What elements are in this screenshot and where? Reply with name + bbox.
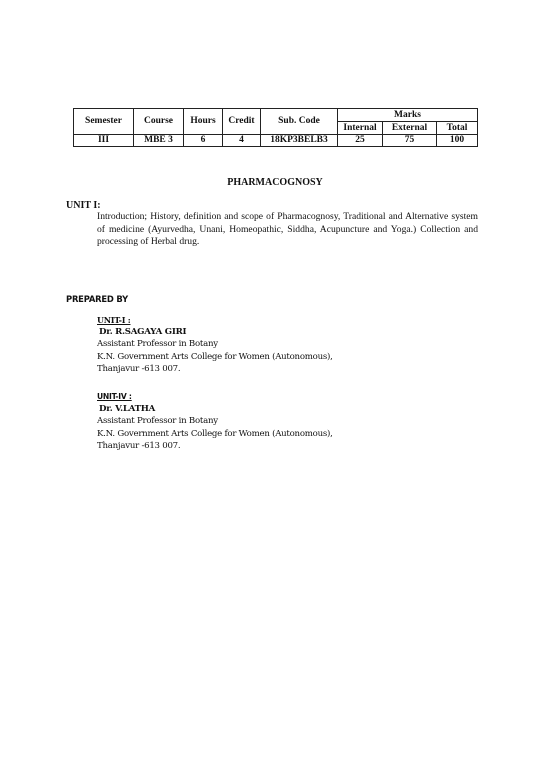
document-page: Semester Course Hours Credit Sub. Code M…: [0, 0, 550, 777]
table-row: III MBE 3 6 4 18KP3BELB3 25 75 100: [74, 135, 478, 147]
author-unit-label: UNIT-IV :: [97, 391, 333, 403]
unit-description: Introduction; History, definition and sc…: [97, 211, 478, 249]
author-college: K.N. Government Arts College for Women (…: [97, 351, 333, 363]
author-designation: Assistant Professor in Botany: [97, 338, 333, 350]
prepared-by-heading: PREPARED BY: [66, 294, 128, 304]
cell-sub-code: 18KP3BELB3: [261, 135, 338, 147]
cell-course: MBE 3: [134, 135, 184, 147]
header-semester: Semester: [74, 109, 134, 135]
header-marks: Marks: [338, 109, 478, 122]
author-unit-label: UNIT-I :: [97, 314, 333, 326]
author-designation: Assistant Professor in Botany: [97, 415, 333, 427]
page-title: PHARMACOGNOSY: [0, 177, 550, 188]
cell-internal: 25: [338, 135, 383, 147]
header-external: External: [383, 122, 437, 135]
author-address: Thanjavur -613 007.: [97, 440, 333, 452]
author-block: UNIT-I : Dr. R.SAGAYA GIRI Assistant Pro…: [97, 314, 333, 375]
author-college: K.N. Government Arts College for Women (…: [97, 428, 333, 440]
author-address: Thanjavur -613 007.: [97, 363, 333, 375]
cell-external: 75: [383, 135, 437, 147]
unit-heading: UNIT I:: [66, 200, 101, 211]
cell-credit: 4: [223, 135, 261, 147]
header-sub-code: Sub. Code: [261, 109, 338, 135]
author-block: UNIT-IV : Dr. V.LATHA Assistant Professo…: [97, 391, 333, 452]
header-course: Course: [134, 109, 184, 135]
header-hours: Hours: [184, 109, 223, 135]
header-internal: Internal: [338, 122, 383, 135]
course-details-table: Semester Course Hours Credit Sub. Code M…: [73, 108, 478, 147]
cell-hours: 6: [184, 135, 223, 147]
header-total: Total: [437, 122, 478, 135]
header-credit: Credit: [223, 109, 261, 135]
author-name: Dr. R.SAGAYA GIRI: [97, 326, 333, 338]
author-name: Dr. V.LATHA: [97, 403, 333, 415]
cell-total: 100: [437, 135, 478, 147]
cell-semester: III: [74, 135, 134, 147]
